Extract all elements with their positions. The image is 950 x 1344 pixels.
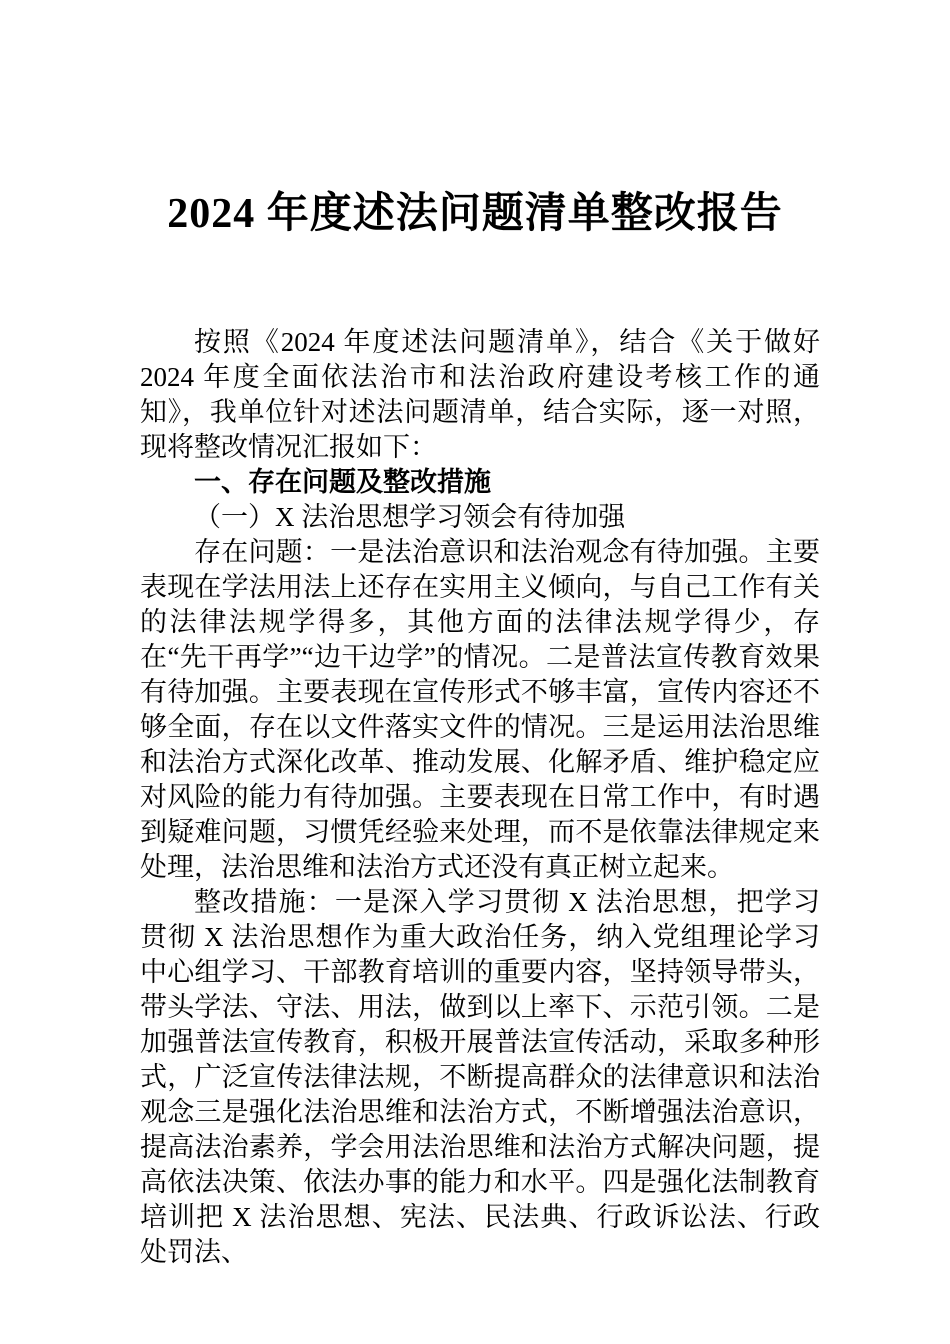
heading-subsection-1: （一）X 法治思想学习领会有待加强 bbox=[140, 500, 820, 535]
paragraph-intro: 按照《2024 年度述法问题清单》，结合《关于做好 2024 年度全面依法治市和… bbox=[140, 325, 820, 465]
document-page: 2024 年度述法问题清单整改报告 按照《2024 年度述法问题清单》，结合《关… bbox=[0, 0, 950, 1344]
heading-section-1: 一、存在问题及整改措施 bbox=[140, 465, 820, 500]
document-title: 2024 年度述法问题清单整改报告 bbox=[0, 190, 950, 238]
paragraph-problems: 存在问题：一是法治意识和法治观念有待加强。主要表现在学法用法上还存在实用主义倾向… bbox=[140, 535, 820, 885]
document-body: 按照《2024 年度述法问题清单》，结合《关于做好 2024 年度全面依法治市和… bbox=[140, 325, 820, 1270]
paragraph-measures: 整改措施：一是深入学习贯彻 X 法治思想，把学习贯彻 X 法治思想作为重大政治任… bbox=[140, 885, 820, 1270]
